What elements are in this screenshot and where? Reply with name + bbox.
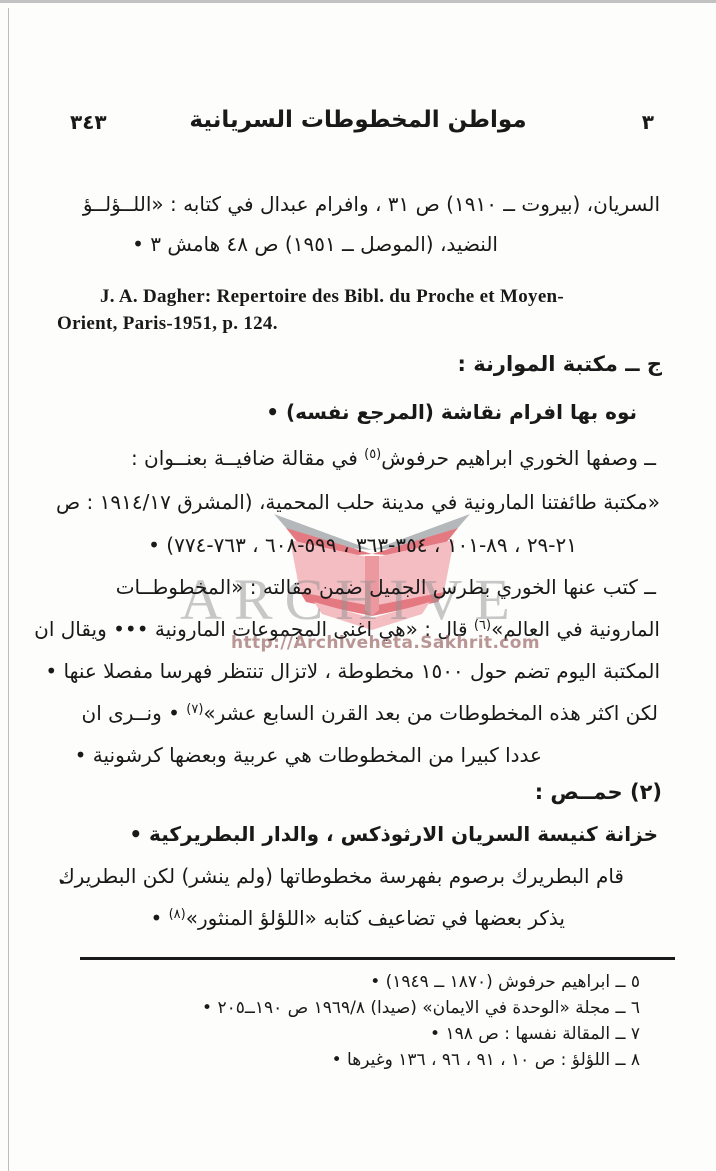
page-number-left: ٣٤٣ — [70, 110, 107, 134]
paragraph-1-line-1: السريان، (بيروت ــ ١٩١٠) ص ٣١ ، وافرام ع… — [83, 192, 660, 216]
scanned-book-page: ARCHIVE مواطن المخطوطات السريانية ٣ ٣٤٣ … — [0, 0, 716, 1171]
khizana-line: خزانة كنيسة السريان الارثوذكس ، والدار ا… — [129, 822, 658, 846]
wasafa-line-1: ــ وصفها الخوري ابراهيم حرفوش(٥) في مقال… — [131, 446, 656, 470]
noh-line: نوه بها افرام نقاشة (المرجع نفسه) • — [266, 400, 637, 424]
wasafa-line-3-page-ranges: ٢١-٢٩ ، ٨٩-١٠١ ، ٣٥٤-٣٦٣ ، ٥٩٩-٦٠٨ ، ٧٦٣… — [148, 533, 577, 557]
scan-left-edge — [8, 8, 9, 1171]
page-title: مواطن المخطوطات السريانية — [0, 107, 716, 133]
section-c-heading: ج ــ مكتبة الموارنة : — [458, 352, 662, 376]
footnote-5: ٥ ــ ابراهيم حرفوش (١٨٧٠ ــ ١٩٤٩) • — [370, 972, 640, 992]
section-homs-heading: (٢) حمــص : — [535, 780, 662, 804]
kataba-line-1: ــ كتب عنها الخوري بطرس الجميل ضمن مقالت… — [116, 575, 656, 599]
kataba-line-4-text: لكن اكثر هذه المخطوطات من بعد القرن السا… — [203, 701, 658, 725]
latin-citation-line-1: J. A. Dagher: Repertoire des Bibl. du Pr… — [100, 286, 564, 308]
qama-line-2: يذكر بعضها في تضاعيف كتابه «اللؤلؤ المنث… — [150, 906, 565, 930]
footnote-marker-7: (٧) — [186, 702, 203, 717]
footnote-marker-8: (٨) — [169, 907, 186, 922]
footnote-marker-5: (٥) — [364, 447, 381, 462]
kataba-line-5: عددا كبيرا من المخطوطات هي عربية وبعضها … — [75, 743, 542, 767]
footnote-8: ٨ ــ اللؤلؤ : ص ١٠ ، ٩١ ، ٩٦ ، ١٣٦ وغيره… — [332, 1050, 640, 1070]
qama-line-2-text: يذكر بعضها في تضاعيف كتابه «اللؤلؤ المنث… — [186, 906, 565, 930]
footnote-6: ٦ ــ مجلة «الوحدة في الايمان» (صيدا) ١٩٦… — [202, 998, 640, 1018]
kataba-line-3: المكتبة اليوم تضم حول ١٥٠٠ مخطوطة ، لاتز… — [45, 659, 660, 683]
footnote-marker-6: (٦) — [474, 618, 491, 633]
wasafa-line-1-rest: في مقالة ضافيــة بعنــوان : — [131, 446, 364, 470]
qama-line-2-rest: • — [150, 906, 168, 930]
wasafa-line-1-text: ــ وصفها الخوري ابراهيم حرفوش — [381, 446, 656, 470]
wasafa-line-2: «مكتبة طائفتنا المارونية في مدينة حلب ال… — [56, 490, 660, 514]
watermark-url: http://Archiveheta.Sakhrit.com — [231, 633, 540, 653]
footnote-separator — [80, 957, 675, 960]
scan-top-edge — [0, 0, 716, 3]
latin-citation-line-2: Orient, Paris-1951, p. 124. — [57, 313, 278, 335]
paragraph-1-line-2: النضيد، (الموصل ــ ١٩٥١) ص ٤٨ هامش ٣ • — [132, 232, 498, 256]
footnote-7: ٧ ــ المقالة نفسها : ص ١٩٨ • — [430, 1024, 640, 1044]
kataba-line-4-rest: • ونــرى ان — [82, 701, 187, 725]
qama-line-1: قام البطريرك برصوم بفهرسة مخطوطاتها (ولم… — [58, 864, 624, 888]
page-number-right: ٣ — [642, 110, 654, 134]
kataba-line-4: لكن اكثر هذه المخطوطات من بعد القرن السا… — [82, 701, 658, 725]
